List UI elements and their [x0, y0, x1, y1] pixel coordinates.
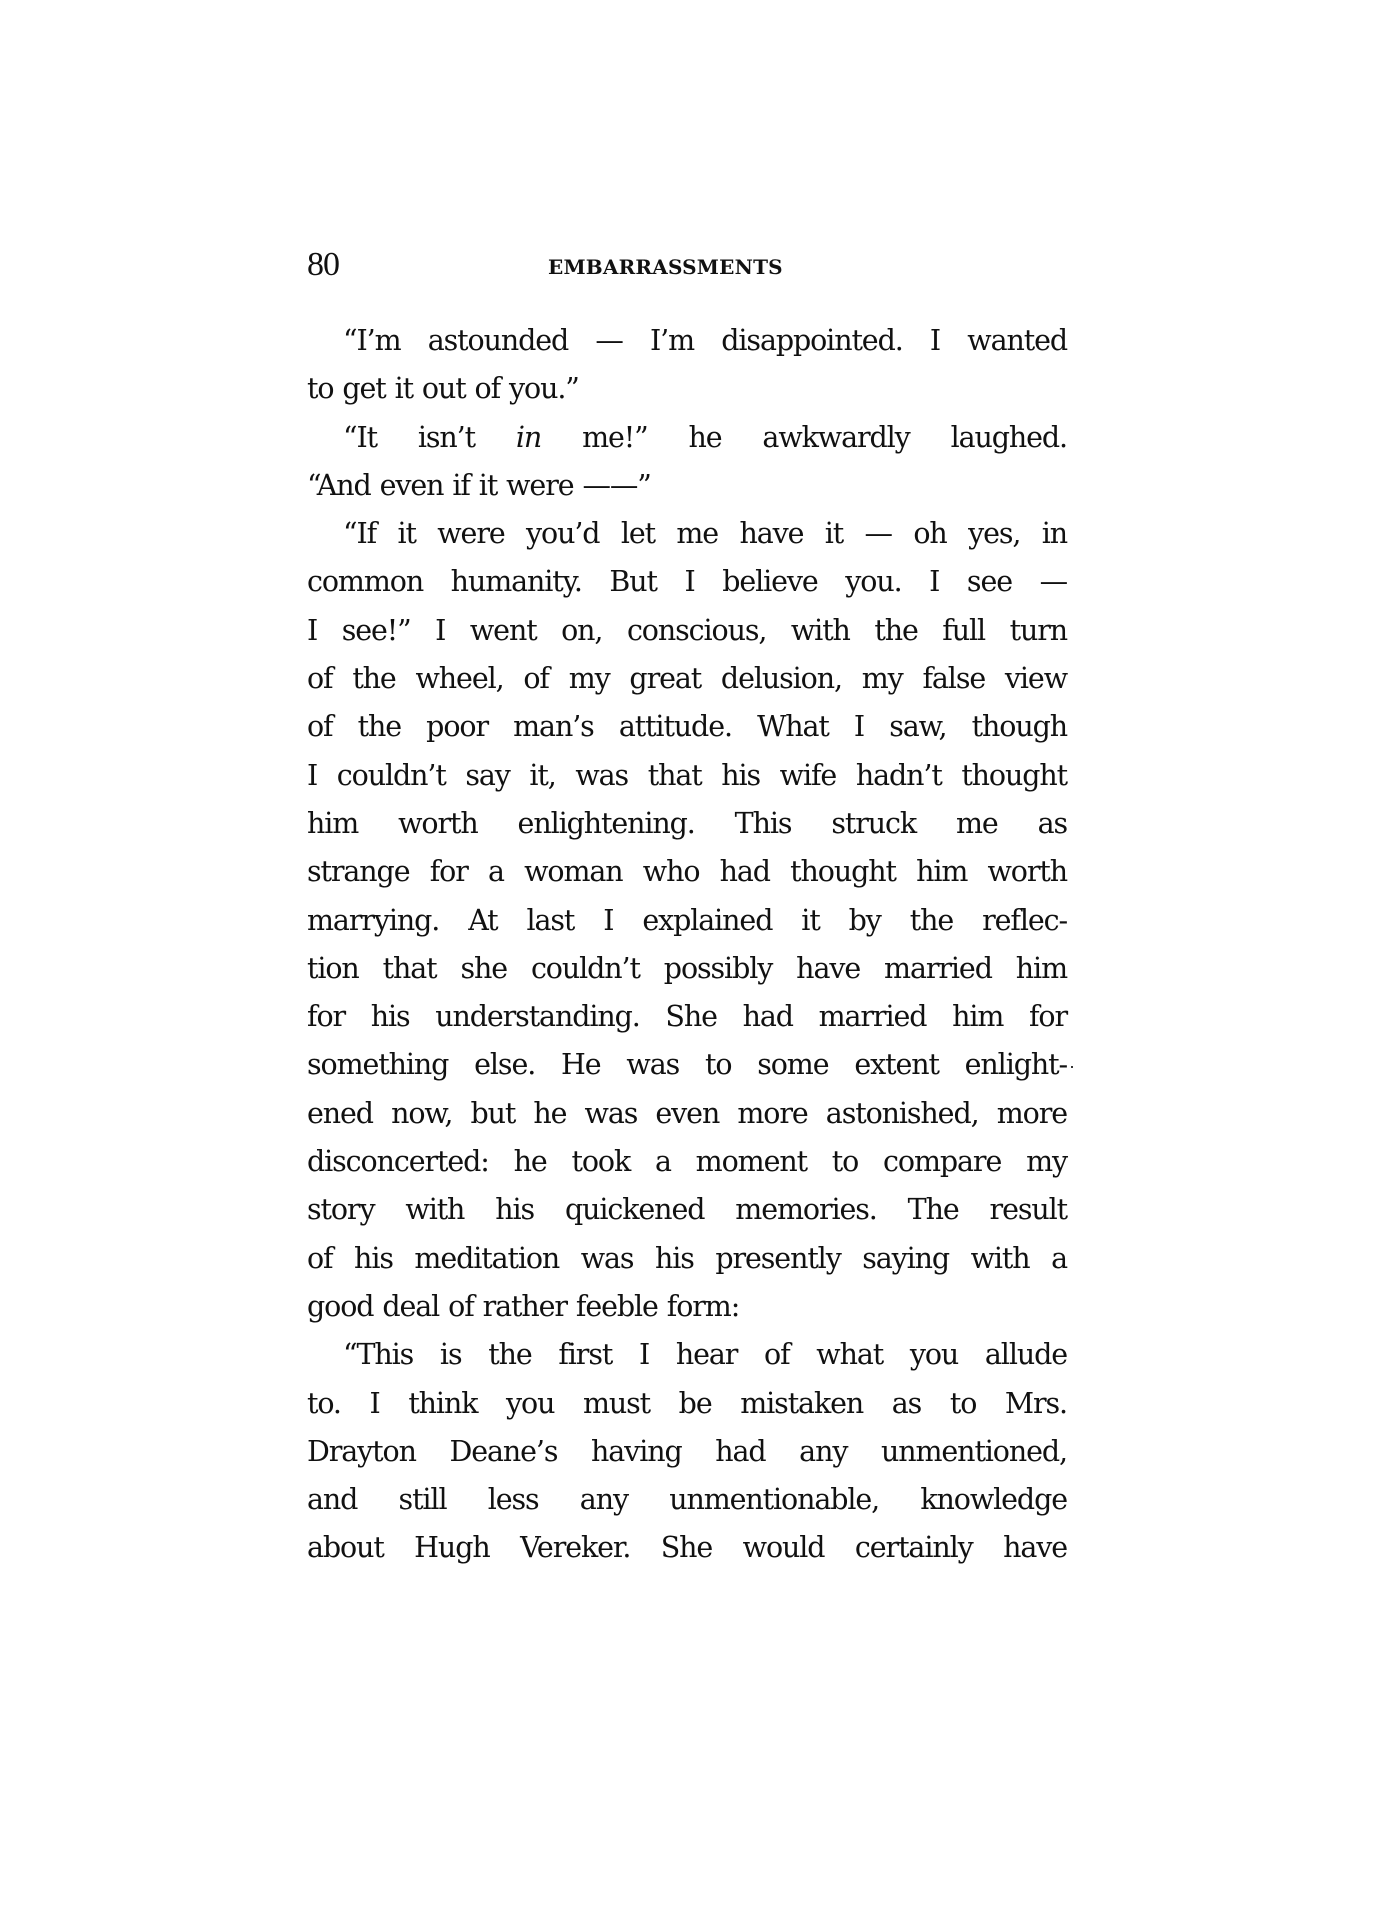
text-line: tion that she couldn’t possibly have mar… — [307, 945, 1067, 993]
text-line: common humanity. But I believe you. I se… — [307, 558, 1067, 606]
body-text: “I’m astounded — I’m disappointed. I wan… — [307, 317, 1067, 1573]
text-line: strange for a woman who had thought him … — [307, 848, 1067, 896]
text-line: something else. He was to some extent en… — [307, 1041, 1067, 1089]
text-segment: “It isn’t — [343, 421, 516, 454]
running-head: 80 EMBARRASSMENTS — [307, 248, 1067, 282]
text-line: him worth enlightening. This struck me a… — [307, 800, 1067, 848]
text-line: “If it were you’d let me have it — oh ye… — [307, 510, 1067, 558]
text-line: “This is the first I hear of what you al… — [307, 1331, 1067, 1379]
text-line: to. I think you must be mistaken as to M… — [307, 1380, 1067, 1428]
text-line: good deal of rather feeble form: — [307, 1283, 1067, 1331]
text-line: to get it out of you.” — [307, 365, 1067, 413]
text-line: story with his quickened memories. The r… — [307, 1186, 1067, 1234]
text-line: I couldn’t say it, was that his wife had… — [307, 752, 1067, 800]
text-line: and still less any unmentionable, knowle… — [307, 1476, 1067, 1524]
text-line: marrying. At last I explained it by the … — [307, 897, 1067, 945]
page-number: 80 — [307, 248, 339, 282]
text-line: “And even if it were ——” — [307, 462, 1067, 510]
text-line: ened now, but he was even more astonishe… — [307, 1090, 1067, 1138]
text-line: I see!” I went on, conscious, with the f… — [307, 607, 1067, 655]
text-line: of his meditation was his presently sayi… — [307, 1235, 1067, 1283]
italic-emphasis: in — [516, 421, 541, 454]
text-line: “I’m astounded — I’m disappointed. I wan… — [307, 317, 1067, 365]
running-title: EMBARRASSMENTS — [548, 255, 826, 279]
text-line: “It isn’t in me!” he awkwardly laughed. — [307, 414, 1067, 462]
text-line: of the poor man’s attitude. What I saw, … — [307, 703, 1067, 751]
text-line: about Hugh Vereker. She would certainly … — [307, 1524, 1067, 1572]
text-line: Drayton Deane’s having had any unmention… — [307, 1428, 1067, 1476]
text-line: of the wheel, of my great delusion, my f… — [307, 655, 1067, 703]
text-line: for his understanding. She had married h… — [307, 993, 1067, 1041]
text-segment: me!” he awkwardly laughed. — [541, 421, 1067, 454]
print-speck — [1071, 1066, 1073, 1068]
text-line: disconcerted: he took a moment to compar… — [307, 1138, 1067, 1186]
book-page: 80 EMBARRASSMENTS “I’m astounded — I’m d… — [0, 0, 1375, 1924]
